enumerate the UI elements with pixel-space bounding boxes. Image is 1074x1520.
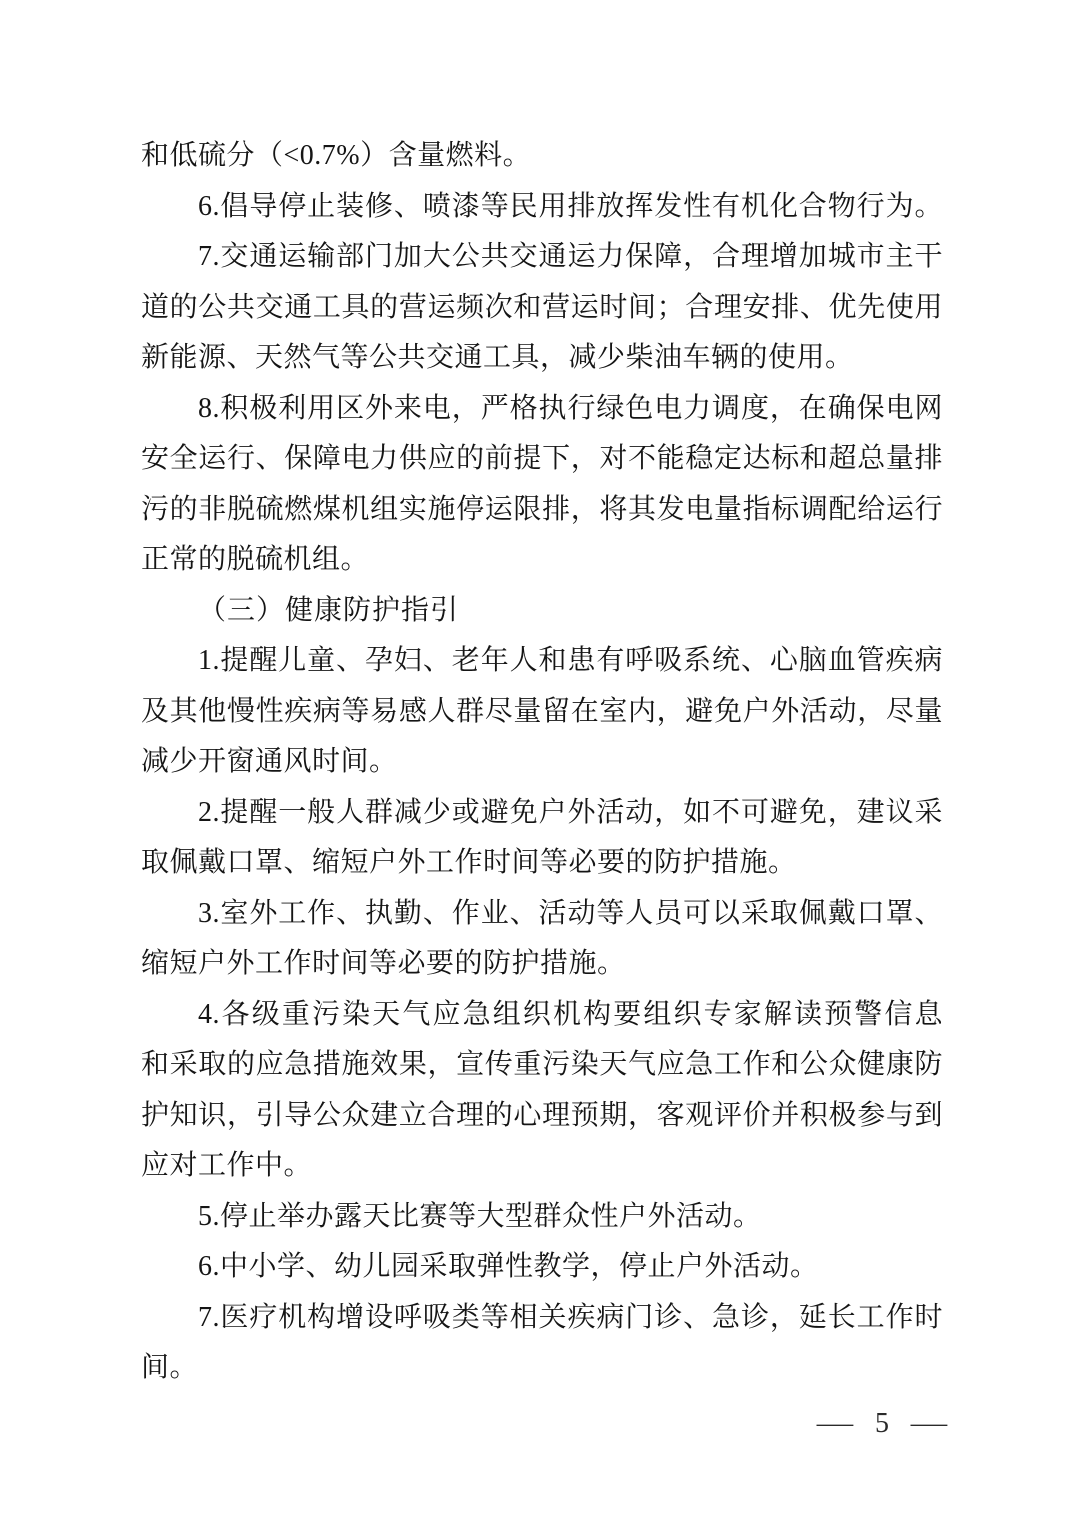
text-line: 和低硫分（<0.7%）含量燃料。	[141, 131, 943, 182]
document-page: 和低硫分（<0.7%）含量燃料。 6.倡导停止装修、喷漆等民用排放挥发性有机化合…	[0, 0, 1074, 1520]
text-line: 减少开窗通风时间。	[141, 737, 943, 788]
text-line: 4.各级重污染天气应急组织机构要组织专家解读预警信息	[141, 990, 943, 1041]
text-line: 及其他慢性疾病等易感人群尽量留在室内，避免户外活动，尽量	[141, 687, 943, 738]
document-body: 和低硫分（<0.7%）含量燃料。 6.倡导停止装修、喷漆等民用排放挥发性有机化合…	[141, 131, 943, 1394]
text-line: 应对工作中。	[141, 1141, 943, 1192]
text-line: 5.停止举办露天比赛等大型群众性户外活动。	[141, 1192, 943, 1243]
text-line: 正常的脱硫机组。	[141, 535, 943, 586]
text-line: 7.交通运输部门加大公共交通运力保障，合理增加城市主干	[141, 232, 943, 283]
text-line: 缩短户外工作时间等必要的防护措施。	[141, 939, 943, 990]
text-line: 1.提醒儿童、孕妇、老年人和患有呼吸系统、心脑血管疾病	[141, 636, 943, 687]
footer-dash-left: —	[817, 1408, 853, 1440]
text-line: 护知识，引导公众建立合理的心理预期，客观评价并积极参与到	[141, 1091, 943, 1142]
text-line: 2.提醒一般人群减少或避免户外活动，如不可避免，建议采	[141, 788, 943, 839]
text-line: 安全运行、保障电力供应的前提下，对不能稳定达标和超总量排	[141, 434, 943, 485]
text-line: 6.倡导停止装修、喷漆等民用排放挥发性有机化合物行为。	[141, 182, 943, 233]
text-line: 7.医疗机构增设呼吸类等相关疾病门诊、急诊，延长工作时	[141, 1293, 943, 1344]
footer-dash-right: —	[911, 1408, 947, 1440]
text-line: 污的非脱硫燃煤机组实施停运限排，将其发电量指标调配给运行	[141, 485, 943, 536]
text-line: 8.积极利用区外来电，严格执行绿色电力调度，在确保电网	[141, 384, 943, 435]
text-line: 6.中小学、幼儿园采取弹性教学，停止户外活动。	[141, 1242, 943, 1293]
text-line: 3.室外工作、执勤、作业、活动等人员可以采取佩戴口罩、	[141, 889, 943, 940]
text-line: 新能源、天然气等公共交通工具，减少柴油车辆的使用。	[141, 333, 943, 384]
text-line: 和采取的应急措施效果，宣传重污染天气应急工作和公众健康防	[141, 1040, 943, 1091]
text-line: 道的公共交通工具的营运频次和营运时间；合理安排、优先使用	[141, 283, 943, 334]
text-line: 取佩戴口罩、缩短户外工作时间等必要的防护措施。	[141, 838, 943, 889]
page-number: 5	[875, 1408, 889, 1440]
text-line: 间。	[141, 1343, 943, 1394]
section-heading: （三）健康防护指引	[141, 586, 943, 637]
page-footer: — 5 —	[821, 1408, 943, 1440]
